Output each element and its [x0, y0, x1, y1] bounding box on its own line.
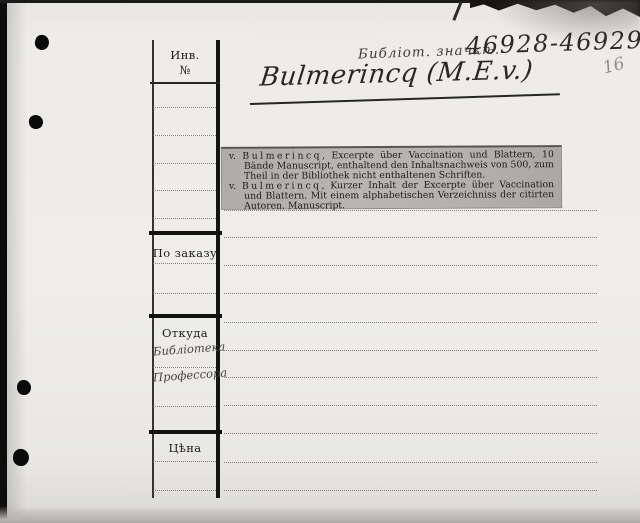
field-label-price: Цѣна	[152, 441, 218, 455]
column-row-line	[153, 163, 216, 164]
ruled-line	[224, 350, 597, 351]
entry-author-prefix: v.	[229, 151, 236, 162]
column-row-line	[153, 461, 216, 462]
ruled-line	[224, 462, 597, 463]
author-heading: Bulmerincq (М.Е.v.)	[258, 55, 534, 92]
field-label-inventory-line1: Инв.	[152, 48, 218, 62]
scan-edge-bottom	[0, 506, 640, 523]
origin-handwritten-note-line1: Библіотека	[153, 339, 226, 358]
ruled-line	[224, 322, 597, 323]
punch-hole	[28, 114, 44, 130]
column-label-divider	[150, 82, 220, 84]
field-label-order: По заказу	[152, 246, 218, 260]
torn-corner-scratch	[452, 1, 462, 21]
entry-author-prefix: v.	[229, 181, 236, 192]
catalog-card-scan: Инв. № По заказу Откуда Цѣна Библіотека …	[0, 0, 640, 523]
author-heading-underline	[250, 93, 560, 105]
field-label-inventory-line2: №	[152, 63, 218, 77]
column-row-line	[153, 218, 216, 219]
column-row-line	[153, 406, 216, 407]
ruled-line	[224, 237, 597, 238]
pasted-catalog-label: v. Bulmerincq, Excerpte über Vaccination…	[221, 145, 562, 210]
column-row-line	[153, 490, 216, 491]
column-row-line	[153, 190, 216, 191]
scan-edge-left	[0, 0, 7, 523]
column-row-line	[153, 293, 216, 294]
column-section-divider	[149, 231, 222, 235]
catalog-entry: v. Bulmerincq, Excerpte über Vaccination…	[229, 150, 554, 181]
punch-hole	[17, 380, 31, 395]
ruled-line	[224, 265, 597, 266]
field-label-origin: Откуда	[152, 326, 218, 340]
catalog-entry: v. Bulmerincq, Kurzer Inhalt der Excerpt…	[229, 180, 554, 211]
ruled-line	[224, 293, 597, 294]
ruled-line	[224, 433, 597, 434]
scan-edge-left-shadow	[7, 0, 27, 523]
column-section-divider	[149, 314, 222, 318]
column-section-divider	[149, 430, 222, 434]
column-row-line	[153, 107, 216, 108]
ruled-line	[224, 405, 597, 406]
punch-hole	[12, 448, 30, 467]
column-row-line	[153, 135, 216, 136]
ruled-line	[224, 490, 597, 491]
ruled-line	[224, 377, 597, 378]
pencil-annotation: 16	[601, 54, 627, 79]
column-row-line	[153, 263, 216, 264]
punch-hole	[33, 33, 50, 51]
